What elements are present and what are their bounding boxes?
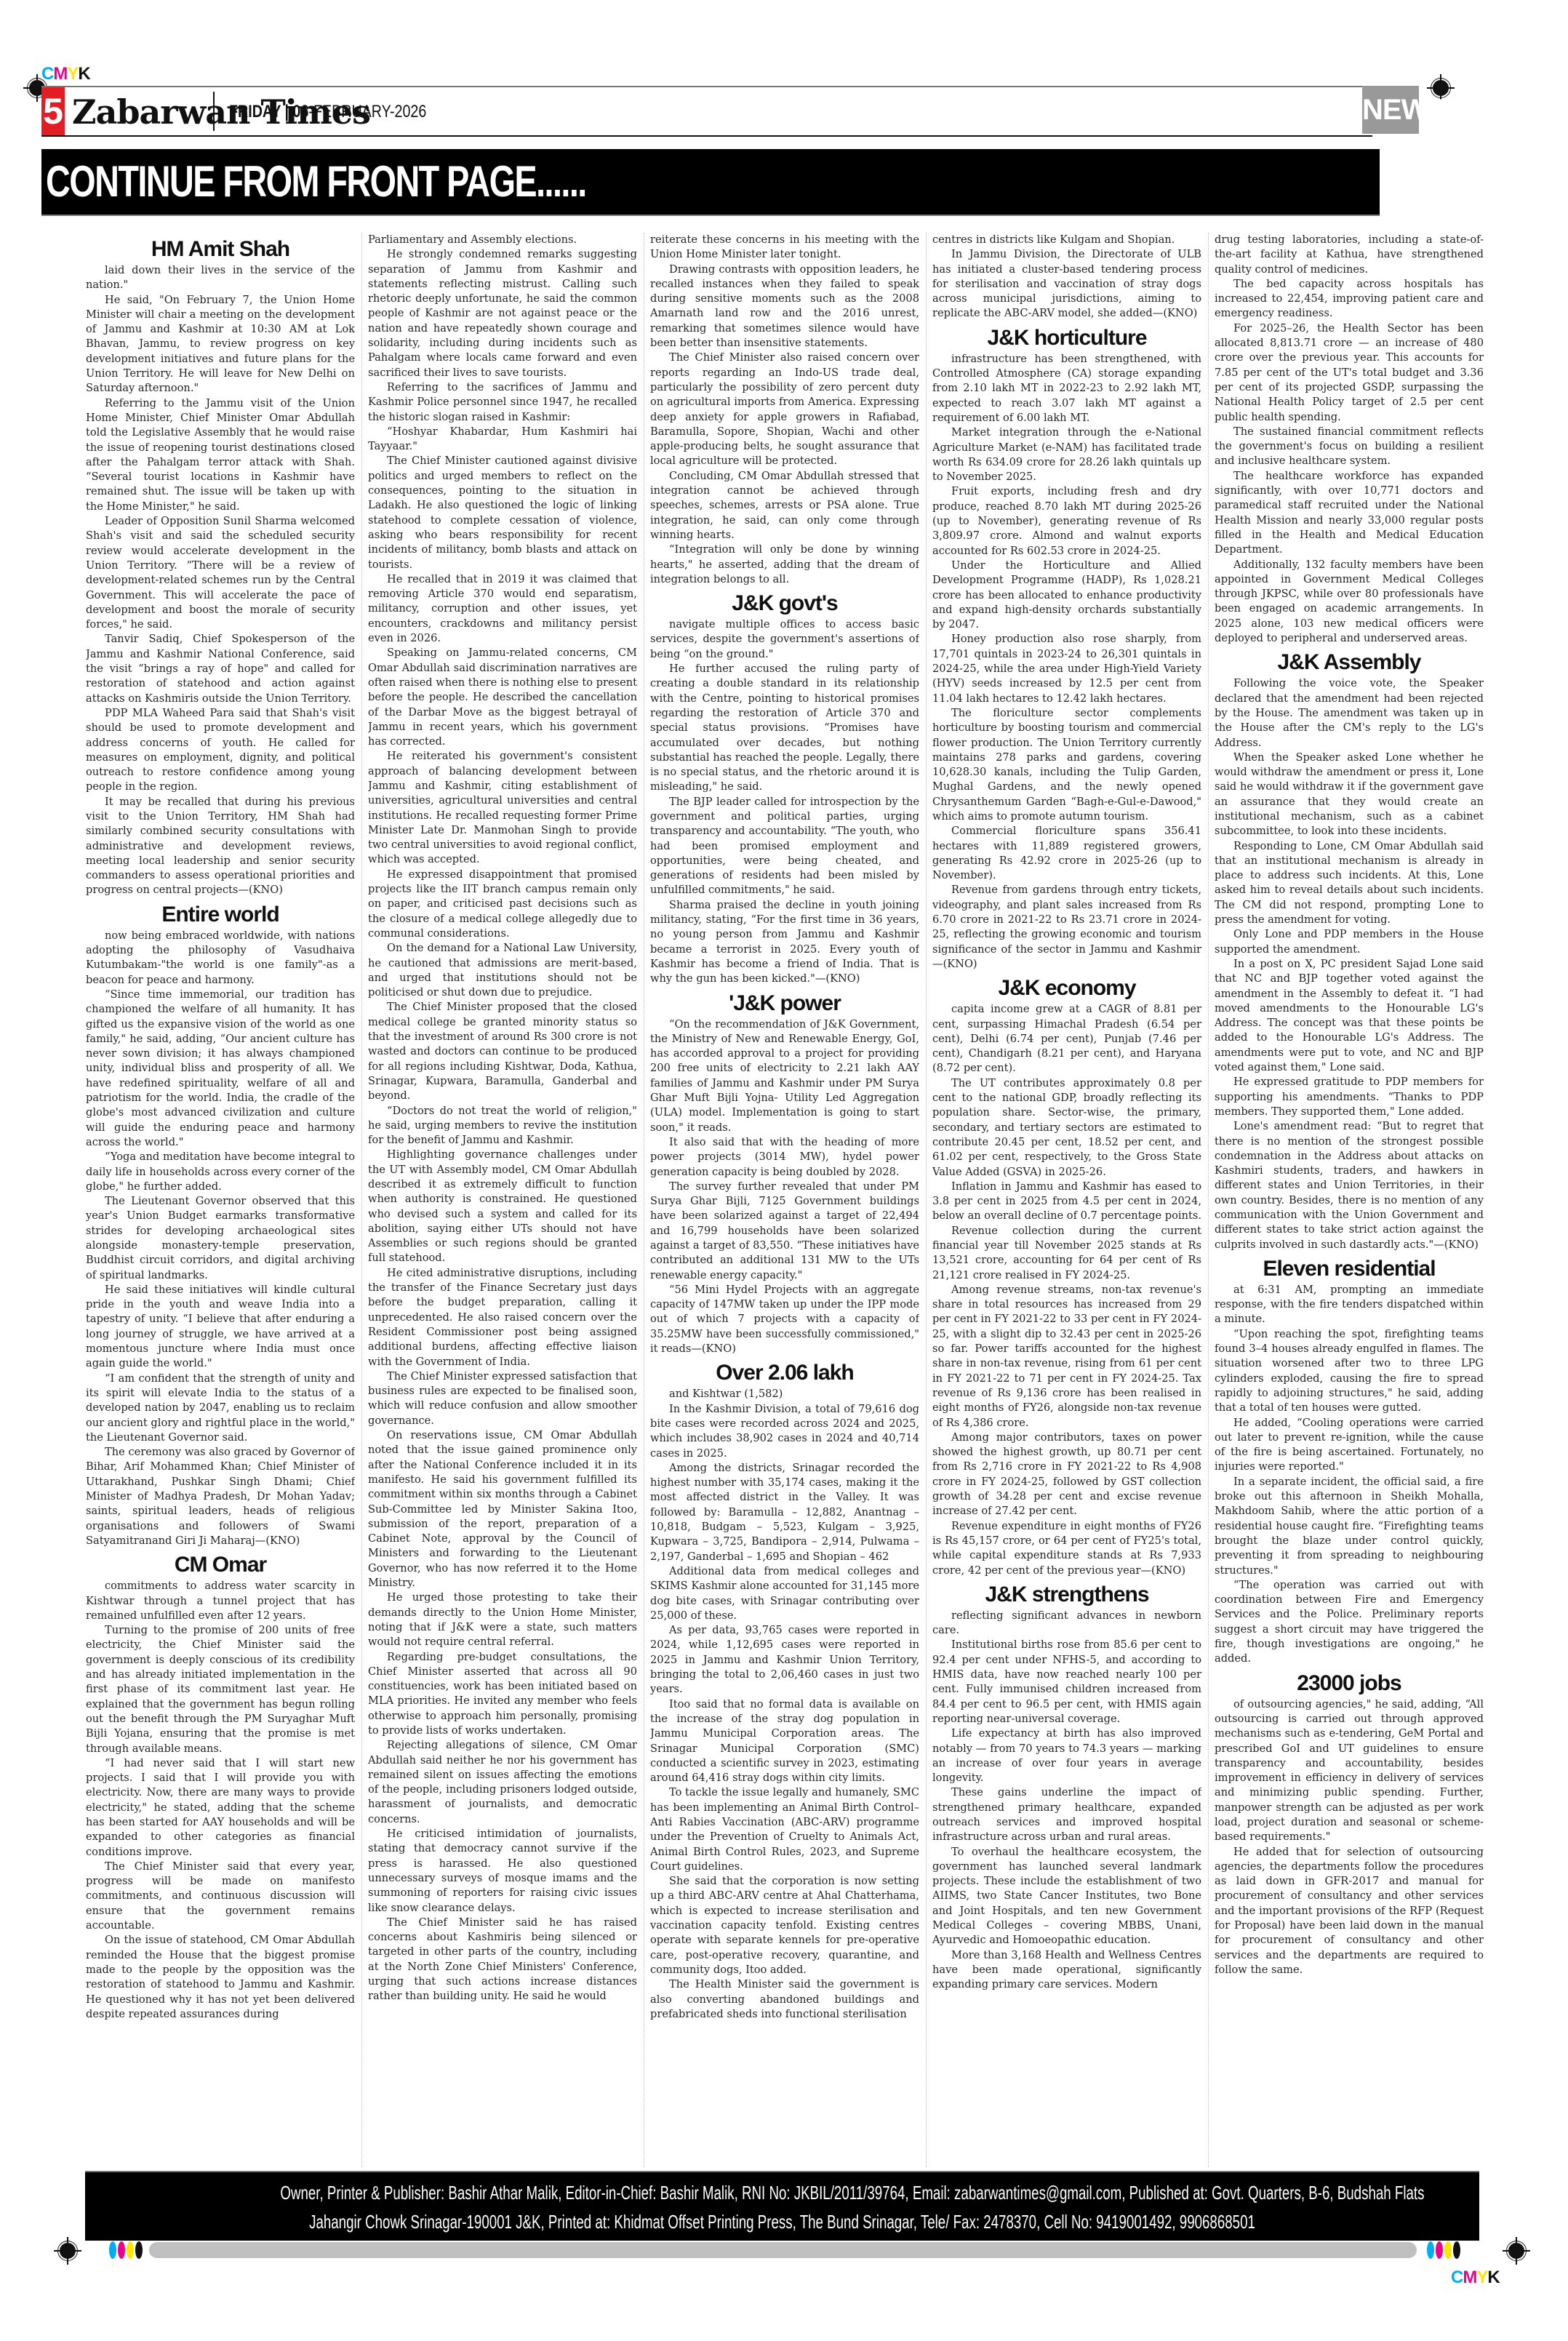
article-paragraph: She said that the corporation is now set… [650,1874,919,1977]
article-paragraph: Among revenue streams, non-tax revenue's… [932,1283,1201,1430]
article-paragraph: The UT contributes approximately 0.8 per… [932,1076,1201,1180]
color-bar [149,2242,1417,2258]
swatch-magenta [118,2241,125,2259]
article-paragraph: infrastructure has been strengthened, wi… [932,352,1201,425]
article-paragraph: On reservations issue, CM Omar Abdullah … [368,1428,637,1590]
article-paragraph: “Upon reaching the spot, firefighting te… [1215,1327,1484,1416]
article-paragraph: Fruit exports, including fresh and dry p… [932,484,1201,558]
article-paragraph: He added that for selection of outsourci… [1215,1845,1484,1978]
article-paragraph: More than 3,168 Health and Wellness Cent… [932,1948,1201,1993]
article-paragraph: of outsourcing agencies," he said, addin… [1215,1697,1484,1845]
article-paragraph: To tackle the issue legally and humanely… [650,1785,919,1874]
article-paragraph: Revenue expenditure in eight months of F… [932,1519,1201,1578]
article-paragraph: “The operation was carried out with coor… [1215,1578,1484,1667]
article-paragraph: Referring to the sacrifices of Jammu and… [368,380,637,425]
article-paragraph: He expressed gratitude to PDP members fo… [1215,1075,1484,1119]
page-number: 5 [41,87,65,135]
cmyk-y: Y [67,64,78,84]
article-paragraph: Commercial floriculture spans 356.41 hec… [932,824,1201,883]
article-paragraph: He reiterated his government's consisten… [368,749,637,867]
article-paragraph: Only Lone and PDP members in the House s… [1215,927,1484,957]
article-paragraph: On the demand for a National Law Univers… [368,941,637,1000]
article-paragraph: He further accused the ruling party of c… [650,662,919,795]
swatch-black [135,2241,143,2259]
article-paragraph: In a post on X, PC president Sajad Lone … [1215,957,1484,1075]
article-headline: CM Omar [86,1553,355,1577]
article-paragraph: Highlighting governance challenges under… [368,1148,637,1265]
cmyk-y: Y [1476,2268,1487,2287]
column-rule [926,233,927,2167]
article-paragraph: at 6:31 AM, prompting an immediate respo… [1215,1283,1484,1327]
article-paragraph: He strongly condemned remarks suggesting… [368,247,637,380]
article-paragraph: “Since time immemorial, our tradition ha… [86,988,355,1150]
article-headline: J&K govt's [650,591,919,616]
article-paragraph: Sharma praised the decline in youth join… [650,898,919,987]
article-headline: Entire world [86,903,355,927]
article-paragraph: He added, “Cooling operations were carri… [1215,1416,1484,1475]
article-paragraph: The floriculture sector complements hort… [932,706,1201,824]
article-paragraph: It also said that with the heading of mo… [650,1135,919,1180]
article-paragraph: Following the voice vote, the Speaker de… [1215,676,1484,750]
article-paragraph: Turning to the promise of 200 units of f… [86,1623,355,1756]
dateline-date-rest: -FEBRUARY-2026 [308,102,426,121]
title-divider [213,92,215,131]
article-headline: J&K horticulture [932,326,1201,351]
article-paragraph: The ceremony was also graced by Governor… [86,1445,355,1548]
article-paragraph: Institutional births rose from 85.6 per … [932,1638,1201,1726]
article-paragraph: capita income grew at a CAGR of 8.81 per… [932,1002,1201,1076]
article-paragraph: centres in districts like Kulgam and Sho… [932,233,1201,247]
article-paragraph: As per data, 93,765 cases were reported … [650,1623,919,1697]
section-banner: CONTINUE FROM FRONT PAGE...... [41,149,1380,216]
registration-mark-icon [58,2241,77,2260]
swatch-yellow [127,2241,134,2259]
cmyk-k: K [1487,2268,1499,2287]
article-paragraph: For 2025–26, the Health Sector has been … [1215,321,1484,425]
article-paragraph: laid down their lives in the service of … [86,263,355,293]
article-paragraph: When the Speaker asked Lone whether he w… [1215,751,1484,839]
cmyk-m: M [53,64,67,84]
article-headline: Over 2.06 lakh [650,1361,919,1385]
article-paragraph: Among the districts, Srinagar recorded t… [650,1461,919,1564]
article-paragraph: “Integration will only be done by winnin… [650,543,919,587]
article-paragraph: He recalled that in 2019 it was claimed … [368,572,637,646]
column-5: drug testing laboratories, including a s… [1215,233,1484,2167]
article-paragraph: The Chief Minister expressed satisfactio… [368,1369,637,1428]
article-paragraph: Under the Horticulture and Allied Develo… [932,559,1201,632]
cmyk-c: C [1451,2268,1463,2287]
imprint-line-1: Owner, Printer & Publisher: Bashir Athar… [280,2178,1284,2207]
article-paragraph: On the issue of statehood, CM Omar Abdul… [86,1933,355,2022]
masthead: 5 Zabarwan Times FRIDAY | 06-FEBRUARY-20… [41,86,1372,137]
article-paragraph: Additionally, 132 faculty members have b… [1215,558,1484,647]
article-paragraph: “I am confident that the strength of uni… [86,1372,355,1445]
article-paragraph: Concluding, CM Omar Abdullah stressed th… [650,469,919,543]
article-paragraph: Among major contributors, taxes on power… [932,1430,1201,1519]
article-paragraph: To overhaul the healthcare ecosystem, th… [932,1845,1201,1948]
column-4: centres in districts like Kulgam and Sho… [932,233,1201,2167]
article-paragraph: reiterate these concerns in his meeting … [650,233,919,263]
color-swatches-right [1427,2241,1460,2259]
article-paragraph: The Chief Minister also raised concern o… [650,351,919,468]
article-headline: Eleven residential [1215,1257,1484,1281]
article-paragraph: drug testing laboratories, including a s… [1215,233,1484,277]
article-paragraph: He cited administrative disruptions, inc… [368,1266,637,1369]
swatch-cyan [109,2241,116,2259]
article-columns: HM Amit Shahlaid down their lives in the… [86,233,1482,2167]
article-paragraph: The bed capacity across hospitals has in… [1215,277,1484,321]
article-headline: 'J&K power [650,991,919,1016]
article-paragraph: Revenue collection during the current fi… [932,1224,1201,1283]
article-paragraph: “Doctors do not treat the world of relig… [368,1104,637,1148]
column-rule [361,233,362,2167]
article-paragraph: Regarding pre-budget consultations, the … [368,1650,637,1739]
column-3: reiterate these concerns in his meeting … [650,233,919,2167]
article-paragraph: The BJP leader called for introspection … [650,795,919,898]
swatch-yellow [1444,2241,1452,2259]
swatch-cyan [1427,2241,1434,2259]
article-paragraph: Itoo said that no formal data is availab… [650,1697,919,1786]
article-paragraph: Drawing contrasts with opposition leader… [650,263,919,351]
cmyk-k: K [78,64,89,84]
article-paragraph: Parliamentary and Assembly elections. [368,233,637,247]
article-paragraph: The survey further revealed that under P… [650,1180,919,1283]
swatch-magenta [1436,2241,1443,2259]
article-paragraph: Lone's amendment read: “But to regret th… [1215,1119,1484,1252]
article-paragraph: The Chief Minister said that every year,… [86,1860,355,1933]
article-paragraph: Revenue from gardens through entry ticke… [932,883,1201,972]
section-tab-news: NEWS [1362,86,1419,134]
registration-mark-icon [1507,2241,1526,2260]
article-paragraph: The healthcare workforce has expanded si… [1215,469,1484,558]
article-paragraph: Speaking on Jammu-related concerns, CM O… [368,646,637,749]
article-headline: 23000 jobs [1215,1671,1484,1696]
article-paragraph: “I had never said that I will start new … [86,1756,355,1860]
dateline: FRIDAY | 06-FEBRUARY-2026 [229,102,426,122]
article-paragraph: “Yoga and meditation have become integra… [86,1150,355,1194]
article-paragraph: The Chief Minister cautioned against div… [368,454,637,572]
article-headline: J&K economy [932,976,1201,1001]
article-paragraph: Inflation in Jammu and Kashmir has eased… [932,1180,1201,1224]
article-paragraph: The Chief Minister said he has raised co… [368,1916,637,2004]
article-paragraph: The Health Minister said the government … [650,1977,919,2022]
article-headline: J&K Assembly [1215,650,1484,675]
article-paragraph: and Kishtwar (1,582) [650,1387,919,1401]
imprint-line-2: Jahangir Chowk Srinagar-190001 J&K, Prin… [280,2207,1284,2236]
article-paragraph: It may be recalled that during his previ… [86,795,355,898]
article-paragraph: commitments to address water scarcity in… [86,1579,355,1623]
article-paragraph: The Chief Minister proposed that the clo… [368,1000,637,1103]
article-paragraph: The sustained financial commitment refle… [1215,425,1484,469]
article-paragraph: Life expectancy at birth has also improv… [932,1726,1201,1785]
article-paragraph: In the Kashmir Division, a total of 79,6… [650,1402,919,1461]
article-headline: HM Amit Shah [86,237,355,262]
column-rule [1208,233,1209,2167]
article-paragraph: reflecting significant advances in newbo… [932,1609,1201,1638]
column-rule [644,233,644,2167]
banner-title: CONTINUE FROM FRONT PAGE...... [46,156,586,207]
article-paragraph: “Hoshyar Khabardar, Hum Kashmiri hai Tay… [368,425,637,455]
article-paragraph: In a separate incident, the official sai… [1215,1475,1484,1578]
dateline-date-bold: 06 [293,102,309,121]
article-paragraph: Rejecting allegations of silence, CM Oma… [368,1738,637,1827]
article-paragraph: “On the recommendation of J&K Government… [650,1017,919,1135]
cmyk-mark-top: CMYK [41,64,90,84]
column-1: HM Amit Shahlaid down their lives in the… [86,233,355,2167]
article-headline: J&K strengthens [932,1582,1201,1607]
article-paragraph: He urged those protesting to take their … [368,1590,637,1649]
article-paragraph: In Jammu Division, the Directorate of UL… [932,247,1201,321]
article-paragraph: He criticised intimidation of journalist… [368,1827,637,1916]
article-paragraph: The Lieutenant Governor observed that th… [86,1194,355,1283]
article-paragraph: Market integration through the e-Nationa… [932,425,1201,484]
color-swatches-left [109,2241,143,2259]
dateline-day: FRIDAY | [229,102,289,121]
cmyk-mark-bottom: CMYK [1451,2268,1500,2288]
article-paragraph: Tanvir Sadiq, Chief Spokesperson of the … [86,632,355,705]
swatch-black [1453,2241,1460,2259]
imprint-footer: Owner, Printer & Publisher: Bashir Athar… [85,2171,1479,2241]
article-paragraph: He said these initiatives will kindle cu… [86,1283,355,1372]
article-paragraph: “56 Mini Hydel Projects with an aggregat… [650,1283,919,1356]
article-paragraph: Leader of Opposition Sunil Sharma welcom… [86,514,355,632]
article-paragraph: He said, "On February 7, the Union Home … [86,293,355,396]
article-paragraph: now being embraced worldwide, with natio… [86,929,355,988]
article-paragraph: He expressed disappointment that promise… [368,868,637,941]
article-paragraph: Honey production also rose sharply, from… [932,632,1201,705]
article-paragraph: Responding to Lone, CM Omar Abdullah sai… [1215,839,1484,928]
article-paragraph: Referring to the Jammu visit of the Unio… [86,396,355,514]
column-2: Parliamentary and Assembly elections.He … [368,233,637,2167]
article-paragraph: These gains underline the impact of stre… [932,1785,1201,1844]
article-paragraph: Additional data from medical colleges an… [650,1564,919,1623]
cmyk-m: M [1463,2268,1476,2287]
article-paragraph: PDP MLA Waheed Para said that Shah's vis… [86,706,355,795]
article-paragraph: navigate multiple offices to access basi… [650,617,919,662]
